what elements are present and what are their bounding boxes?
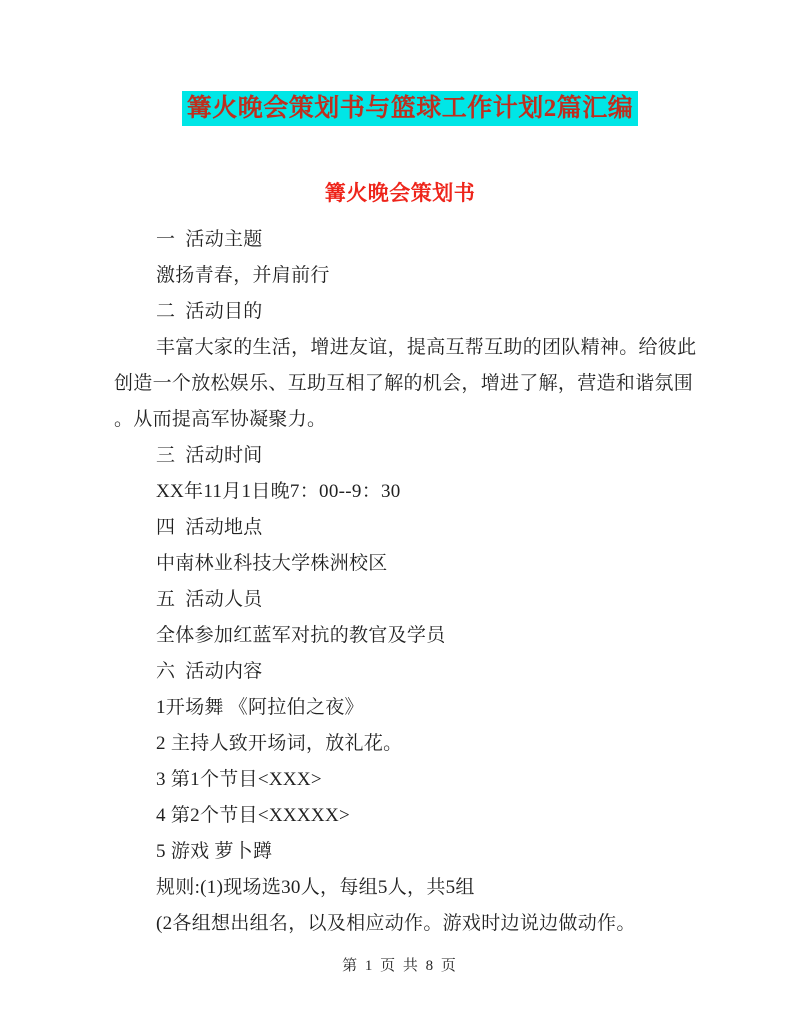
paragraph-line: 4 第2个节目<XXXXX>	[114, 798, 694, 834]
paragraph-line: 5 游戏 萝卜蹲	[114, 834, 694, 870]
paragraph-line: 五 活动人员	[114, 582, 694, 618]
paragraph-line: 1开场舞 《阿拉伯之夜》	[114, 690, 694, 726]
paragraph-line: 丰富大家的生活，增进友谊，提高互帮互助的团队精神。给彼此	[114, 330, 694, 366]
paragraph-line: 。从而提高军协凝聚力。	[114, 402, 694, 438]
document-title-row: 篝火晚会策划书与篮球工作计划2篇汇编	[110, 91, 710, 126]
document-title: 篝火晚会策划书与篮球工作计划2篇汇编	[182, 91, 639, 126]
document-page: 篝火晚会策划书与篮球工作计划2篇汇编 篝火晚会策划书 一 活动主题 激扬青春，并…	[0, 0, 800, 1036]
paragraph-line: 四 活动地点	[114, 510, 694, 546]
paragraph-line: 中南林业科技大学株洲校区	[114, 546, 694, 582]
paragraph-line: 全体参加红蓝军对抗的教官及学员	[114, 618, 694, 654]
paragraph-line: 创造一个放松娱乐、互助互相了解的机会，增进了解，营造和谐氛围	[114, 366, 694, 402]
paragraph-line: (2各组想出组名，以及相应动作。游戏时边说边做动作。	[114, 906, 694, 942]
paragraph-line: 三 活动时间	[114, 438, 694, 474]
page-number-footer: 第 1 页 共 8 页	[0, 954, 800, 978]
paragraph-line: 一 活动主题	[114, 222, 694, 258]
paragraph-line: 规则:(1)现场选30人，每组5人，共5组	[114, 870, 694, 906]
paragraph-line: 2 主持人致开场词，放礼花。	[114, 726, 694, 762]
paragraph-line: 二 活动目的	[114, 294, 694, 330]
paragraph-line: XX年11月1日晚7：00--9：30	[114, 474, 694, 510]
section-title: 篝火晚会策划书	[0, 178, 800, 208]
document-body: 一 活动主题 激扬青春，并肩前行 二 活动目的 丰富大家的生活，增进友谊，提高互…	[114, 222, 694, 942]
paragraph-line: 激扬青春，并肩前行	[114, 258, 694, 294]
paragraph-line: 3 第1个节目<XXX>	[114, 762, 694, 798]
paragraph-line: 六 活动内容	[114, 654, 694, 690]
